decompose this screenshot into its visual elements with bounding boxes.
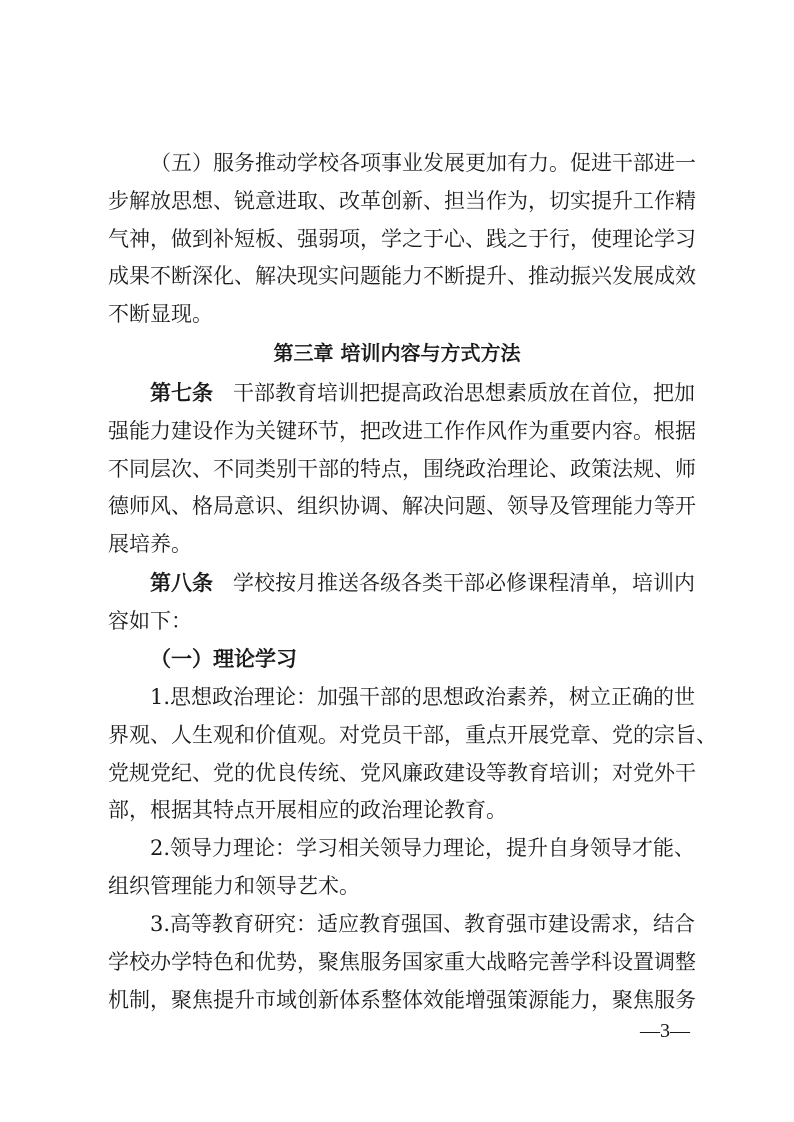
article7-line-5: 展培养。 [108, 527, 692, 561]
chapter-title: 第三章 培训内容与方式方法 [0, 336, 794, 370]
item3-line-2: 学校办学特色和优势，聚焦服务国家重大战略完善学科设置调整 [108, 945, 692, 979]
section5-line-3: 气神，做到补短板、强弱项，学之于心、践之于行，使理论学习 [108, 222, 692, 256]
article8-line-1: 第八条 学校按月推送各级各类干部必修课程清单，培训内 [150, 566, 692, 600]
article7-line-4: 德师风、格局意识、组织协调、解决问题、领导及管理能力等开 [108, 489, 692, 523]
item1-line-2: 界观、人生观和价值观。对党员干部，重点开展党章、党的宗旨、 [108, 718, 692, 752]
document-page: （五）服务推动学校各项事业发展更加有力。促进干部进一 步解放思想、锐意进取、改革… [0, 0, 794, 1122]
page-number: —3— [640, 1020, 690, 1043]
section5-line-5: 不断显现。 [108, 297, 692, 331]
section5-line-4: 成果不断深化、解决现实问题能力不断提升、推动振兴发展成效 [108, 259, 692, 293]
item1-line-4: 部，根据其特点开展相应的政治理论教育。 [108, 793, 692, 827]
subsection1-title: （一）理论学习 [150, 642, 692, 676]
item3-line-3: 机制，聚焦提升市域创新体系整体效能增强策源能力，聚焦服务 [108, 983, 692, 1017]
article7-line-3: 不同层次、不同类别干部的特点，围绕政治理论、政策法规、师 [108, 452, 692, 486]
article7-line-1: 第七条 干部教育培训把提高政治思想素质放在首位，把加 [150, 376, 692, 410]
article8-first-text: 学校按月推送各级各类干部必修课程清单，培训内 [233, 571, 695, 595]
item2-line-2: 组织管理能力和领导艺术。 [108, 869, 692, 903]
article7-line-2: 强能力建设作为关键环节，把改进工作作风作为重要内容。根据 [108, 414, 692, 448]
item2-line-1: 2.领导力理论：学习相关领导力理论，提升自身领导才能、 [150, 831, 692, 865]
article8-line-2: 容如下： [108, 604, 692, 638]
section5-line-1: （五）服务推动学校各项事业发展更加有力。促进干部进一 [150, 146, 692, 180]
item1-line-1: 1.思想政治理论：加强干部的思想政治素养，树立正确的世 [150, 680, 692, 714]
item1-line-3: 党规党纪、党的优良传统、党风廉政建设等教育培训；对党外干 [108, 756, 692, 790]
article7-label: 第七条 [150, 381, 213, 405]
section5-line-2: 步解放思想、锐意进取、改革创新、担当作为，切实提升工作精 [108, 184, 692, 218]
article8-label: 第八条 [150, 571, 213, 595]
item3-line-1: 3.高等教育研究：适应教育强国、教育强市建设需求，结合 [150, 907, 692, 941]
article7-first-text: 干部教育培训把提高政治思想素质放在首位，把加 [233, 381, 695, 405]
